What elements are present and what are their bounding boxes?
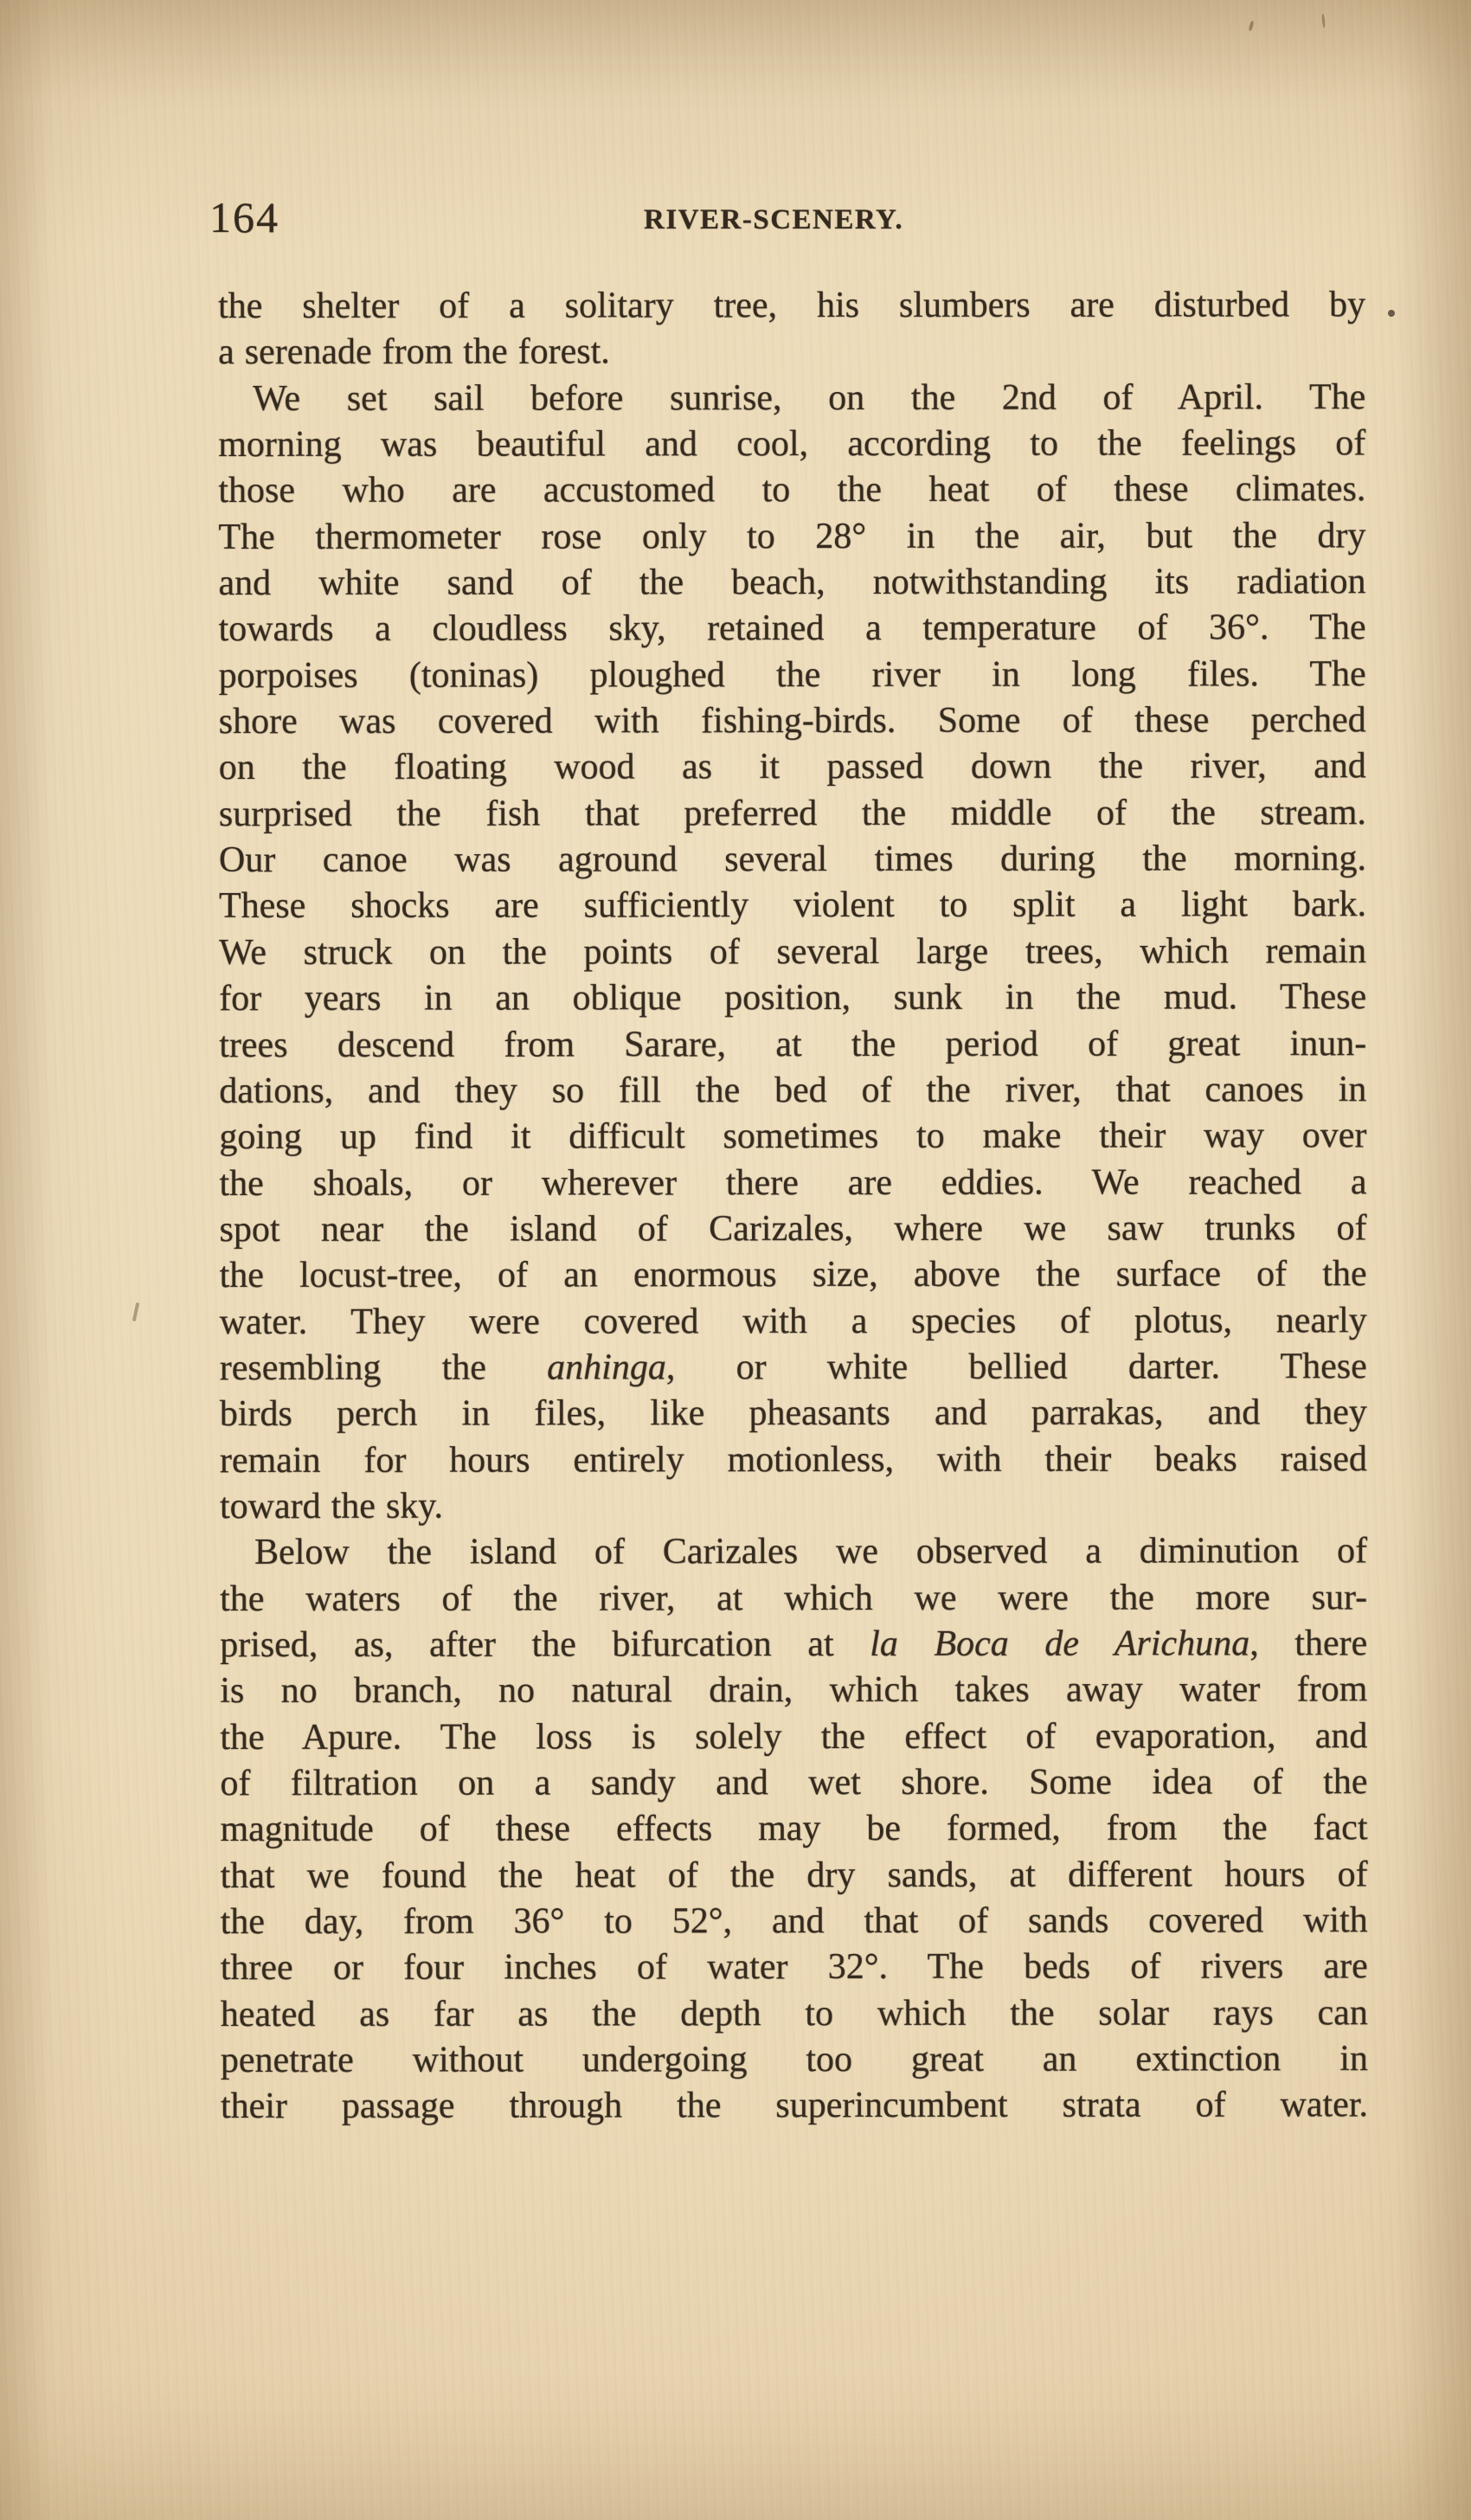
- text-line: remain for hours entirely motionless, wi…: [220, 1437, 1367, 1484]
- italic-text: la Boca de Arichuna: [870, 1623, 1249, 1664]
- text-line: water. They were covered with a species …: [220, 1298, 1367, 1346]
- text-segment: on the floating wood as it passed down t…: [219, 747, 1366, 788]
- text-segment: birds perch in files, like pheasants and…: [220, 1392, 1367, 1434]
- text-segment: of filtration on a sandy and wet shore. …: [220, 1762, 1367, 1803]
- text-line: shore was covered with fishing-birds. So…: [219, 697, 1366, 745]
- text-segment: We set sail before sunrise, on the 2nd o…: [253, 377, 1365, 419]
- text-line: Our canoe was aground several times duri…: [219, 836, 1366, 884]
- text-segment: These shocks are sufficiently violent to…: [219, 885, 1366, 927]
- italic-text: anhinga: [547, 1347, 666, 1387]
- text-segment: towards a cloudless sky, retained a temp…: [219, 608, 1366, 650]
- text-line: The thermometer rose only to 28° in the …: [218, 513, 1365, 561]
- text-segment: the waters of the river, at which we wer…: [220, 1578, 1367, 1619]
- text-segment: toward the sky.: [220, 1487, 443, 1527]
- ink-speck: [1249, 21, 1255, 32]
- text-segment: the shelter of a solitary tree, his slum…: [218, 285, 1365, 326]
- text-line: the shoals, or wherever there are eddies…: [219, 1160, 1366, 1207]
- text-line: dations, and they so fill the bed of the…: [219, 1067, 1366, 1115]
- pencil-mark: [132, 1302, 139, 1321]
- text-segment: resembling the: [220, 1347, 547, 1388]
- text-line: heated as far as the depth to which the …: [221, 1990, 1368, 2038]
- text-line: the waters of the river, at which we wer…: [220, 1575, 1367, 1623]
- text-line: spot near the island of Carizales, where…: [219, 1205, 1366, 1253]
- text-segment: those who are accustomed to the heat of …: [218, 470, 1365, 511]
- ink-speck: [1321, 14, 1326, 28]
- text-segment: heated as far as the depth to which the …: [221, 1993, 1368, 2035]
- text-line: toward the sky.: [220, 1482, 1367, 1530]
- text-line: the shelter of a solitary tree, his slum…: [218, 282, 1365, 330]
- text-segment: trees descend from Sarare, at the period…: [219, 1024, 1366, 1065]
- text-segment: prised, as, after the bifurcation at: [220, 1624, 870, 1665]
- text-line: birds perch in files, like pheasants and…: [220, 1390, 1367, 1437]
- text-segment: magnitude of these effects may be formed…: [220, 1808, 1367, 1849]
- text-line: We struck on the points of several large…: [219, 929, 1366, 976]
- text-line: a serenade from the forest.: [218, 328, 1365, 376]
- text-line: those who are accustomed to the heat of …: [218, 467, 1365, 515]
- book-page: 164 RIVER-SCENERY. the shelter of a soli…: [0, 0, 1471, 2520]
- text-segment: three or four inches of water 32°. The b…: [221, 1947, 1368, 1989]
- text-line: magnitude of these effects may be formed…: [220, 1805, 1367, 1853]
- text-segment: surprised the fish that preferred the mi…: [219, 793, 1366, 834]
- text-line: These shocks are sufficiently violent to…: [219, 883, 1366, 930]
- text-line: We set sail before sunrise, on the 2nd o…: [218, 375, 1365, 422]
- text-line: of filtration on a sandy and wet shore. …: [220, 1759, 1367, 1807]
- text-segment: is no branch, no natural drain, which ta…: [220, 1669, 1367, 1711]
- text-line: on the floating wood as it passed down t…: [219, 744, 1366, 792]
- text-segment: the day, from 36° to 52°, and that of sa…: [221, 1900, 1368, 1942]
- text-line: surprised the fish that preferred the mi…: [219, 790, 1366, 838]
- text-line: Below the island of Carizales we observe…: [220, 1528, 1367, 1576]
- page-text: the shelter of a solitary tree, his slum…: [218, 282, 1368, 2131]
- text-line: the day, from 36° to 52°, and that of sa…: [221, 1898, 1368, 1945]
- text-segment: spot near the island of Carizales, where…: [219, 1208, 1366, 1250]
- text-line: is no branch, no natural drain, which ta…: [220, 1667, 1367, 1714]
- text-segment: the locust-tree, of an enormous size, ab…: [220, 1254, 1367, 1295]
- text-segment: the Apure. The loss is solely the effect…: [220, 1716, 1367, 1758]
- text-segment: a serenade from the forest.: [218, 332, 610, 373]
- text-segment: , or white bellied darter. These: [666, 1347, 1367, 1387]
- text-segment: , there: [1249, 1623, 1367, 1663]
- text-segment: remain for hours entirely motionless, wi…: [220, 1439, 1367, 1481]
- text-segment: porpoises (toninas) ploughed the river i…: [219, 654, 1366, 696]
- text-segment: penetrate without undergoing too great a…: [221, 2039, 1368, 2080]
- text-line: resembling the anhinga, or white bellied…: [220, 1344, 1367, 1392]
- ink-speck: [1388, 310, 1395, 317]
- text-line: porpoises (toninas) ploughed the river i…: [219, 652, 1366, 699]
- text-line: the locust-tree, of an enormous size, ab…: [220, 1251, 1367, 1299]
- text-line: their passage through the superincumbent…: [221, 2083, 1368, 2131]
- text-line: morning was beautiful and cool, accordin…: [218, 421, 1365, 468]
- page-number: 164: [209, 192, 279, 242]
- text-segment: dations, and they so fill the bed of the…: [219, 1070, 1366, 1111]
- text-segment: Below the island of Carizales we observe…: [254, 1531, 1367, 1572]
- text-line: towards a cloudless sky, retained a temp…: [219, 606, 1366, 653]
- text-line: that we found the heat of the dry sands,…: [221, 1852, 1368, 1900]
- text-segment: shore was covered with fishing-birds. So…: [219, 700, 1366, 742]
- text-segment: their passage through the superincumbent…: [221, 2086, 1368, 2127]
- text-line: going up find it difficult sometimes to …: [219, 1113, 1366, 1160]
- text-segment: Our canoe was aground several times duri…: [219, 839, 1366, 880]
- text-segment: morning was beautiful and cool, accordin…: [218, 423, 1365, 465]
- text-line: penetrate without undergoing too great a…: [221, 2036, 1368, 2084]
- text-segment: We struck on the points of several large…: [219, 931, 1366, 973]
- text-line: for years in an oblique position, sunk i…: [219, 974, 1366, 1022]
- text-segment: the shoals, or wherever there are eddies…: [219, 1162, 1366, 1204]
- text-line: the Apure. The loss is solely the effect…: [220, 1713, 1367, 1761]
- text-line: prised, as, after the bifurcation at la …: [220, 1621, 1367, 1668]
- text-line: and white sand of the beach, notwithstan…: [218, 559, 1365, 607]
- text-segment: that we found the heat of the dry sands,…: [221, 1855, 1368, 1896]
- text-segment: for years in an oblique position, sunk i…: [219, 977, 1366, 1019]
- text-segment: water. They were covered with a species …: [220, 1301, 1367, 1342]
- running-head: RIVER-SCENERY.: [644, 204, 903, 236]
- text-line: trees descend from Sarare, at the period…: [219, 1021, 1366, 1069]
- text-segment: The thermometer rose only to 28° in the …: [218, 516, 1365, 557]
- text-line: three or four inches of water 32°. The b…: [221, 1945, 1368, 1992]
- text-segment: and white sand of the beach, notwithstan…: [218, 562, 1365, 603]
- text-segment: going up find it difficult sometimes to …: [219, 1115, 1366, 1157]
